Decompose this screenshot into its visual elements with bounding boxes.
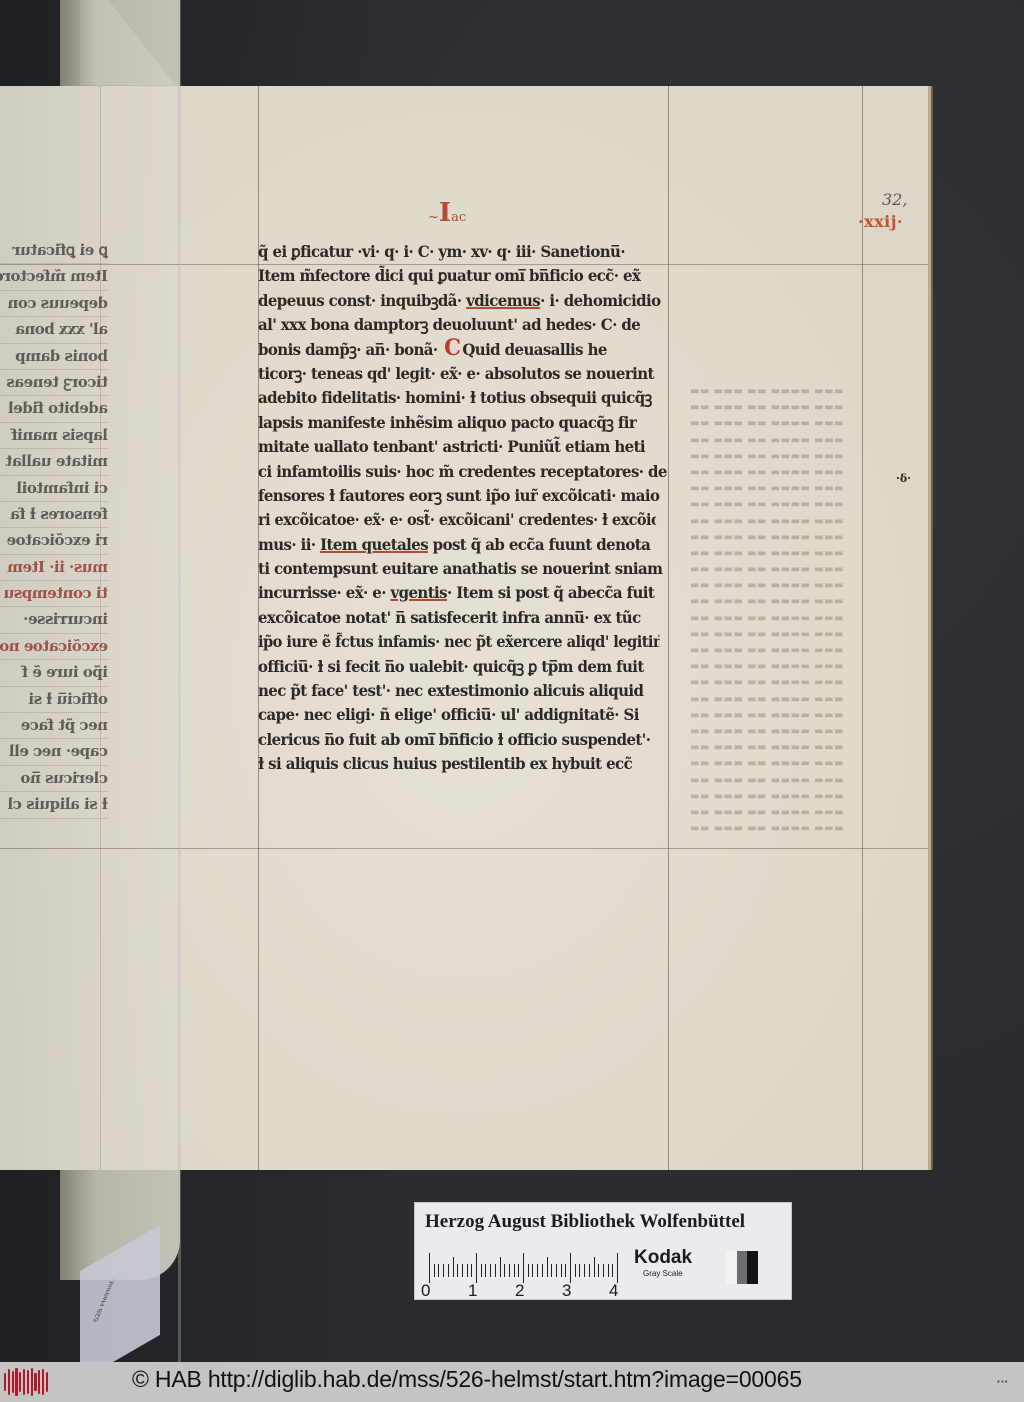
library-name: Herzog August Bibliothek Wolfenbüttel [425, 1211, 745, 1233]
manuscript-line: ticorꝫ· teneas qd' legit· ex̃· e· absolu… [258, 362, 668, 386]
manuscript-line: officiu̅· ɫ si fecit n̅o ualebit· quicq̃… [258, 655, 668, 679]
ruler-tick [570, 1253, 571, 1283]
facing-page-show-through: ꝑ ei ꝑficaturItem m̃fectoredepeuus conal… [0, 86, 180, 1170]
ruler-label: 1 [468, 1281, 477, 1301]
manuscript-line: Item m̃fectore d̃ici qui ꝑuatur omi̅ bn̅… [258, 264, 668, 288]
ruler-tick [467, 1264, 468, 1277]
ruler-tick [481, 1264, 482, 1277]
verso-ghost-line: ▬▬ ▬▬▬ ▬▬ ▬▬▬▬ ▬▬▬ [690, 483, 860, 499]
ruler-tick [485, 1264, 486, 1277]
verso-ghost-line: ▬▬ ▬▬▬ ▬▬ ▬▬▬▬ ▬▬▬ [690, 580, 860, 596]
margin-mark: ·δ· [896, 472, 911, 485]
ruler-labels: 01234 [421, 1281, 631, 1299]
ruler-tick [434, 1264, 435, 1277]
ruler-tick [490, 1264, 491, 1277]
ghost-line: ɫ si aliquis cl [0, 792, 108, 818]
gray-patch [737, 1251, 748, 1284]
ruler-tick [598, 1264, 599, 1277]
ruler-tick [579, 1264, 580, 1277]
color-scale-card: Herzog August Bibliothek Wolfenbüttel 01… [414, 1202, 792, 1300]
ghost-line: mus· ii· Item [0, 555, 108, 581]
ruler-tick [575, 1264, 576, 1277]
parchment-folio: ꝑ ei ꝑficaturItem m̃fectoredepeuus conal… [0, 86, 931, 1170]
manuscript-line: mus· ii· Item quetales post q̃ ab ecc̃a … [258, 533, 668, 557]
verso-ghost-line: ▬▬ ▬▬▬ ▬▬ ▬▬▬▬ ▬▬▬ [690, 451, 860, 467]
rubricated-initial: C [444, 338, 460, 358]
gray-patch [747, 1251, 758, 1284]
ruler-tick [448, 1264, 449, 1277]
verso-ghost-line: ▬▬ ▬▬▬ ▬▬ ▬▬▬▬ ▬▬▬ [690, 726, 860, 742]
manuscript-line: mitate uallato tenbant' astricti· Puniũt… [258, 435, 668, 459]
ruler-label: 4 [609, 1281, 618, 1301]
ghost-line: ti contempsu [0, 581, 108, 607]
more-options-icon[interactable]: ▪▪▪ [997, 1377, 1009, 1386]
ghost-line: bonis damp [0, 344, 108, 370]
manuscript-line: incurrisse· ex̃· e· vgentis· Item si pos… [258, 581, 668, 605]
manuscript-line: ti contempsunt euitare anathatis se noue… [258, 557, 668, 581]
verso-ghost-line: ▬▬ ▬▬▬ ▬▬ ▬▬▬▬ ▬▬▬ [690, 386, 860, 402]
manuscript-line: excõicatoe notat' n̅ satisfecerit infra … [258, 606, 668, 630]
manuscript-line: lapsis manifeste inhẽsim aliquo pacto qu… [258, 411, 668, 435]
verso-ghost-line: ▬▬ ▬▬▬ ▬▬ ▬▬▬▬ ▬▬▬ [690, 758, 860, 774]
ghost-line: cape· nec ell [0, 739, 108, 765]
ghost-line: ri excõicatoe [0, 528, 108, 554]
ruler-tick [495, 1264, 496, 1277]
ruler-tick [500, 1257, 501, 1277]
ruler-tick [443, 1264, 444, 1277]
cm-ruler [429, 1251, 619, 1283]
ghost-line: ꝑ ei ꝑficatur [0, 238, 108, 264]
ghost-line: ci infamtoil [0, 476, 108, 502]
ruler-tick [537, 1264, 538, 1277]
gray-patch [726, 1251, 737, 1284]
folio-number: 32, [882, 190, 907, 209]
ghost-text-block: ꝑ ei ꝑficaturItem m̃fectoredepeuus conal… [0, 238, 108, 819]
ruler-tick [532, 1264, 533, 1277]
ruler-tick [561, 1264, 562, 1277]
gray-scale-patches [726, 1251, 758, 1284]
running-header-rubric: ~Iac [428, 198, 466, 228]
ghost-line: Item m̃fectore [0, 264, 108, 290]
ruler-tick [617, 1253, 618, 1283]
ruler-tick [462, 1264, 463, 1277]
rubric-underline: vgentis [390, 583, 446, 602]
manuscript-viewer: ꝑ ei ꝑficaturItem m̃fectoredepeuus conal… [0, 0, 1024, 1362]
ghost-line: ticorꝫ teneas [0, 370, 108, 396]
verso-ghost-line: ▬▬ ▬▬▬ ▬▬ ▬▬▬▬ ▬▬▬ [690, 775, 860, 791]
copyright-url[interactable]: © HAB http://diglib.hab.de/mss/526-helms… [132, 1366, 802, 1393]
ruler-tick [518, 1264, 519, 1277]
ruler-tick [594, 1257, 595, 1277]
ruler-tick [471, 1264, 472, 1277]
ruler-tick [551, 1264, 552, 1277]
manuscript-line: clericus n̅o fuit ab omi̅ bn̅ficio ɫ off… [258, 728, 668, 752]
verso-ghost-line: ▬▬ ▬▬▬ ▬▬ ▬▬▬▬ ▬▬▬ [690, 807, 860, 823]
ruler-tick [556, 1264, 557, 1277]
glass-plate-edge [178, 0, 181, 1362]
verso-ghost-line: ▬▬ ▬▬▬ ▬▬ ▬▬▬▬ ▬▬▬ [690, 823, 860, 839]
ruler-tick [603, 1264, 604, 1277]
ruler-tick [504, 1264, 505, 1277]
ghost-line: depeuus con [0, 291, 108, 317]
ghost-line: ip̃o iure ẽ f [0, 660, 108, 686]
ruler-tick [429, 1253, 430, 1283]
verso-ghost-line: ▬▬ ▬▬▬ ▬▬ ▬▬▬▬ ▬▬▬ [690, 694, 860, 710]
verso-ghost-line: ▬▬ ▬▬▬ ▬▬ ▬▬▬▬ ▬▬▬ [690, 645, 860, 661]
verso-ghost-line: ▬▬ ▬▬▬ ▬▬ ▬▬▬▬ ▬▬▬ [690, 791, 860, 807]
manuscript-line: al' xxx bona damptorꝫ deuoluunt' ad hede… [258, 313, 668, 337]
manuscript-line: q̃ ei ꝑficatur ·vi· q· i· C· ym· xv· q· … [258, 240, 668, 264]
ghost-line: officiu̅ ɫ si [0, 687, 108, 713]
manuscript-line: nec p̃t face' test'· nec extestimonio al… [258, 679, 668, 703]
ghost-line: clericus n̅o [0, 766, 108, 792]
ruler-label: 3 [562, 1281, 571, 1301]
manuscript-line: ɫ si aliquis clicus huius pestilentib ex… [258, 752, 668, 776]
manuscript-line: depeuus const· inquibꝫdã· vdicemus· i· d… [258, 289, 668, 313]
ruling-bottom [0, 848, 928, 849]
verso-ghost-line: ▬▬ ▬▬▬ ▬▬ ▬▬▬▬ ▬▬▬ [690, 548, 860, 564]
ruler-tick [509, 1264, 510, 1277]
verso-ghost-line: ▬▬ ▬▬▬ ▬▬ ▬▬▬▬ ▬▬▬ [690, 402, 860, 418]
manuscript-line: ci infamtoilis suis· hoc m̃ credentes re… [258, 460, 668, 484]
ruler-tick [476, 1253, 477, 1283]
manuscript-line: ip̃o iure ẽ f̃ctus infamis· nec p̃t ex̃e… [258, 630, 659, 654]
gray-scale-label: Gray Scale [643, 1269, 683, 1278]
verso-ghost-line: ▬▬ ▬▬▬ ▬▬ ▬▬▬▬ ▬▬▬ [690, 418, 860, 434]
ghost-line: nec p̃t face [0, 713, 108, 739]
verso-ghost-line: ▬▬ ▬▬▬ ▬▬ ▬▬▬▬ ▬▬▬ [690, 677, 860, 693]
ghost-line: excõicatoe no [0, 634, 108, 660]
ruler-tick [547, 1257, 548, 1277]
ruler-tick [565, 1264, 566, 1277]
hab-logo-icon[interactable] [4, 1368, 48, 1396]
verso-ghost-line: ▬▬ ▬▬▬ ▬▬ ▬▬▬▬ ▬▬▬ [690, 613, 860, 629]
ghost-line: incurrisse· [0, 607, 108, 633]
ruling-gutter [100, 86, 101, 1170]
ruler-label: 0 [421, 1281, 430, 1301]
ruling-outer [862, 86, 863, 1170]
rubric-underline: vdicemus [466, 291, 540, 310]
verso-show-through: ▬▬ ▬▬▬ ▬▬ ▬▬▬▬ ▬▬▬▬▬ ▬▬▬ ▬▬ ▬▬▬▬ ▬▬▬▬▬ ▬… [690, 386, 860, 836]
quire-mark: ·xxij· [858, 212, 903, 231]
ruler-tick [514, 1264, 515, 1277]
ruler-tick [453, 1257, 454, 1277]
manuscript-line: cape· nec eligi· ñ elige' officiu̅· ul' … [258, 703, 668, 727]
verso-ghost-line: ▬▬ ▬▬▬ ▬▬ ▬▬▬▬ ▬▬▬ [690, 467, 860, 483]
ghost-line: al' xxx bona [0, 317, 108, 343]
main-text-block: q̃ ei ꝑficatur ·vi· q· i· C· ym· xv· q· … [258, 240, 683, 777]
ruler-tick [438, 1264, 439, 1277]
verso-ghost-line: ▬▬ ▬▬▬ ▬▬ ▬▬▬▬ ▬▬▬ [690, 435, 860, 451]
verso-ghost-line: ▬▬ ▬▬▬ ▬▬ ▬▬▬▬ ▬▬▬ [690, 661, 860, 677]
verso-ghost-line: ▬▬ ▬▬▬ ▬▬ ▬▬▬▬ ▬▬▬ [690, 596, 860, 612]
ghost-line: lapsis manif [0, 423, 108, 449]
ruler-tick [608, 1264, 609, 1277]
ruler-tick [457, 1264, 458, 1277]
verso-ghost-line: ▬▬ ▬▬▬ ▬▬ ▬▬▬▬ ▬▬▬ [690, 742, 860, 758]
manuscript-line: adebito fidelitatis· homini· ɫ totius ob… [258, 386, 668, 410]
manuscript-line: ri excõicatoe· ex̃· e· ost̃· excõicani' … [258, 508, 656, 532]
manuscript-line: bonis damp̃ꝫ· an̅· bonã· CQuid deuasalli… [258, 338, 668, 362]
verso-ghost-line: ▬▬ ▬▬▬ ▬▬ ▬▬▬▬ ▬▬▬ [690, 629, 860, 645]
ruler-tick [612, 1264, 613, 1277]
ruler-tick [523, 1253, 524, 1283]
kodak-logo: Kodak [634, 1247, 692, 1269]
verso-ghost-line: ▬▬ ▬▬▬ ▬▬ ▬▬▬▬ ▬▬▬ [690, 516, 860, 532]
verso-ghost-line: ▬▬ ▬▬▬ ▬▬ ▬▬▬▬ ▬▬▬ [690, 710, 860, 726]
footer-bar: © HAB http://diglib.hab.de/mss/526-helms… [0, 1362, 1024, 1402]
ruler-tick [589, 1264, 590, 1277]
verso-ghost-line: ▬▬ ▬▬▬ ▬▬ ▬▬▬▬ ▬▬▬ [690, 499, 860, 515]
verso-ghost-line: ▬▬ ▬▬▬ ▬▬ ▬▬▬▬ ▬▬▬ [690, 532, 860, 548]
ruler-tick [528, 1264, 529, 1277]
ruler-label: 2 [515, 1281, 524, 1301]
rubric-underline: Item quetales [320, 535, 428, 554]
verso-ghost-line: ▬▬ ▬▬▬ ▬▬ ▬▬▬▬ ▬▬▬ [690, 564, 860, 580]
ruler-tick [542, 1264, 543, 1277]
ruler-tick [584, 1264, 585, 1277]
ghost-line: fensores ɫ fa [0, 502, 108, 528]
manuscript-line: fensores ɫ fautores eorꝫ sunt ip̃o iur̃ … [258, 484, 668, 508]
ghost-line: mitate uallat [0, 449, 108, 475]
ghost-line: adebito fidel [0, 396, 108, 422]
